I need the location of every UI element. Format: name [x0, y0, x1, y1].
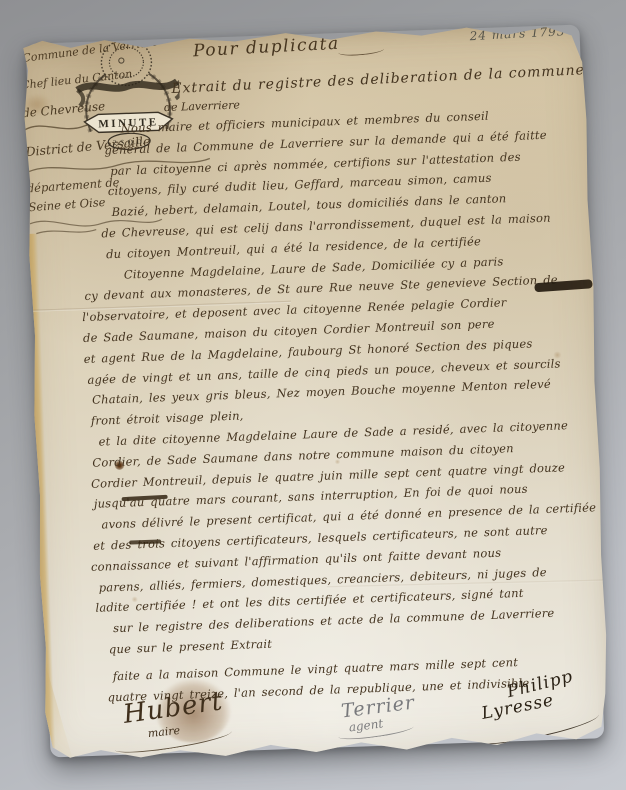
document-subtitle: Extrait du registre des deliberation de …	[171, 62, 585, 97]
document-subtitle-place: de Laverriere	[164, 98, 240, 114]
manuscript-paper: Commune de la Verrière Chef lieu du Cant…	[20, 18, 611, 763]
manuscript-body: Nous maire et officiers municipaux et me…	[75, 102, 603, 708]
photo-of-document: { "photo": { "table_color": "#a9abaf" },…	[0, 0, 626, 790]
pen-flourish	[338, 44, 385, 57]
yellowed-left-edge	[26, 234, 55, 762]
